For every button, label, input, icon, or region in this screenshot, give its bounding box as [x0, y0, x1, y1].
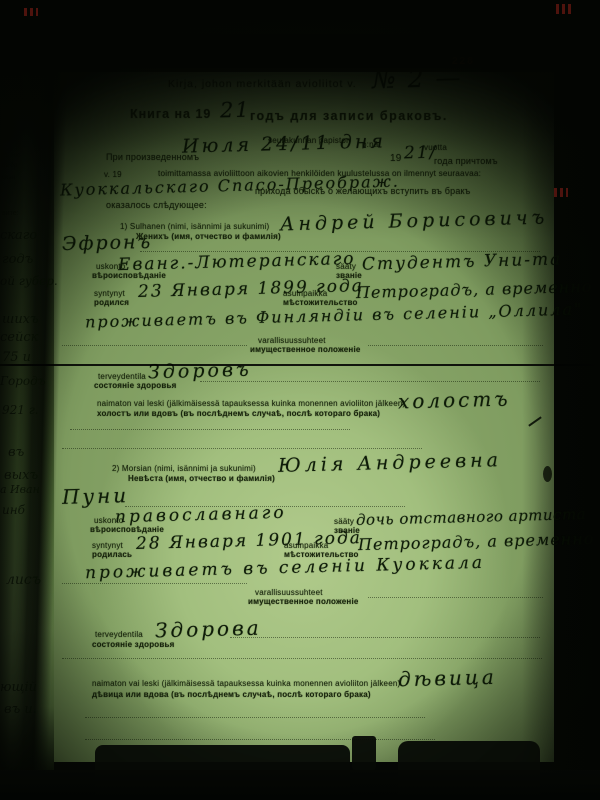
- dotted-line: [62, 582, 247, 584]
- document-content: въ пос въ бр слан вите: скаго годъ ой гу…: [0, 0, 600, 800]
- margin-fragment: инб: [2, 503, 25, 517]
- margin-fragment: лисъ: [6, 572, 41, 588]
- microfilm-viewer-photo: въ пос въ бр слан вите: скаго годъ ой гу…: [0, 0, 600, 800]
- book-title-finnish: Kirja, johon merkitään avioliitot v.: [168, 78, 357, 90]
- margin-fragment: слан: [2, 175, 15, 181]
- book-title-russian-post: годъ для записи браковъ.: [250, 109, 448, 123]
- margin-fragment: въ бр: [2, 163, 17, 169]
- groom-marital-handwritten: холостъ: [398, 387, 511, 414]
- bride-residence-line2-handwritten: проживаетъ въ селеніи Куоккала: [85, 553, 485, 583]
- groom-name-line2-handwritten: Эфронъ: [62, 231, 153, 255]
- page-number-stamp: 228: [452, 56, 475, 67]
- groom-marital-label-fi: naimaton vai leski (jälkimäisessä tapauk…: [97, 399, 405, 408]
- groom-religion-handwritten: Еванг.-Лютеранскаго: [118, 249, 356, 275]
- intro-result-label-ru: оказалось слѣдующее:: [106, 200, 207, 210]
- bride-religion-handwritten: православнаго: [115, 503, 287, 527]
- bride-property-label-fi: varallisuussuhteet: [255, 588, 323, 597]
- page-edge-smudge: [543, 466, 552, 482]
- margin-fragment: 75 и: [2, 350, 31, 365]
- viewer-knob-silhouette: [352, 736, 376, 770]
- dotted-line: [70, 428, 350, 430]
- margin-fragment: ой губер.: [0, 274, 58, 288]
- film-splice-line: [0, 364, 600, 366]
- margin-fragment: выхъ: [4, 468, 38, 483]
- bride-marital-label-fi: naimaton vai leski (jälkimäisessä tapauk…: [92, 679, 400, 688]
- inspection-date-handwritten: Июля 24/11 дня: [182, 130, 386, 157]
- book-title-russian-pre: Книга на 19: [130, 107, 211, 121]
- red-film-mark: [556, 4, 574, 14]
- red-film-mark: [24, 8, 38, 16]
- groom-label-fi: 1) Sulhanen (nimi, isännimi ja sukunimi): [120, 222, 269, 231]
- bride-name-line2-handwritten: Пуни: [62, 483, 130, 509]
- groom-marital-label-ru: холостъ или вдовъ (въ послѣднемъ случаѣ,…: [97, 409, 380, 418]
- margin-fragment: вите:: [2, 210, 19, 217]
- margin-fragment: сейск: [0, 330, 38, 345]
- bride-residence-line1-handwritten: Петроградъ, а временно: [358, 529, 595, 554]
- dotted-line: [368, 344, 543, 346]
- margin-fragment: въ: [8, 445, 24, 460]
- bride-property-label-ru: имущественное положеніе: [248, 597, 359, 606]
- groom-residence-label-fi: asuinpaikka: [283, 289, 327, 298]
- dotted-line: [62, 344, 247, 346]
- bride-born-label-fi: syntynyt: [92, 541, 123, 550]
- groom-property-label-fi: varallisuussuhteet: [258, 336, 326, 345]
- bride-label-ru: Невѣста (имя, отчество и фамилія): [128, 474, 275, 483]
- bride-rank-label-fi: sääty: [334, 517, 354, 526]
- bride-name-line1-handwritten: Юлія Андреевна: [278, 449, 502, 477]
- margin-fragment: ющій: [0, 680, 37, 695]
- bride-marital-handwritten: дѣвица: [398, 665, 497, 692]
- bride-residence-label-fi: asuinpaikka: [284, 541, 328, 550]
- dotted-line: [62, 657, 542, 659]
- intro-year-handwritten: 21/: [404, 143, 438, 164]
- intro-goda-label-ru: года причтомъ: [434, 156, 498, 166]
- groom-born-label-fi: syntynyt: [94, 289, 125, 298]
- bride-rank-handwritten: дочь отставного артиста: [356, 505, 587, 529]
- bride-born-label-ru: родилась: [92, 550, 132, 559]
- dotted-line: [368, 596, 543, 598]
- groom-property-label-ru: имущественное положеніе: [250, 345, 361, 354]
- intro-year-printed: 19: [390, 153, 402, 164]
- margin-fragment: а Иван: [0, 483, 40, 496]
- bride-marital-label-ru: дѣвица или вдова (въ послѣднемъ случаѣ, …: [92, 690, 371, 699]
- margin-fragment: Городъ: [0, 374, 46, 388]
- margin-fragment: шихъ: [2, 312, 39, 327]
- record-number-handwritten: № 2 —: [372, 63, 463, 94]
- groom-rank-label-fi: sääty: [336, 262, 356, 271]
- groom-rank-handwritten: Студентъ Уни-та: [362, 249, 563, 274]
- groom-health-label-fi: terveydentila: [98, 372, 146, 381]
- margin-fragment: въ пос: [2, 153, 20, 159]
- dotted-line: [200, 380, 540, 382]
- margin-fragment: въ и.: [4, 702, 37, 717]
- bride-health-handwritten: Здорова: [155, 616, 262, 643]
- ink-stroke-mark: [528, 416, 541, 426]
- bride-label-fi: 2) Morsian (nimi, isännimi ja sukunimi): [112, 464, 256, 473]
- dotted-line: [62, 447, 422, 449]
- margin-fragment: годъ: [2, 252, 33, 267]
- groom-name-line1-handwritten: Андрей Борисовичъ: [280, 206, 549, 235]
- book-year-handwritten: 21: [220, 98, 251, 123]
- groom-born-label-ru: родился: [94, 298, 129, 307]
- margin-fragment: скаго: [0, 228, 37, 243]
- bottom-dark-strip: [0, 770, 600, 800]
- intro-parish-label-ru: прихода обыскѣ о желающихъ вступить въ б…: [255, 186, 471, 196]
- red-film-mark: [554, 188, 568, 197]
- dotted-line: [230, 636, 540, 638]
- dotted-line: [85, 738, 435, 740]
- groom-label-ru: Женихъ (имя, отчество и фамилія): [136, 232, 281, 241]
- dotted-line: [85, 716, 425, 718]
- bride-health-label-fi: terveydentila: [95, 630, 143, 639]
- intro-v19-label-fi: v. 19: [104, 170, 122, 179]
- margin-fragment: 921 г.: [2, 403, 39, 417]
- groom-residence-line1-handwritten: Петроградъ, а временно: [356, 277, 593, 302]
